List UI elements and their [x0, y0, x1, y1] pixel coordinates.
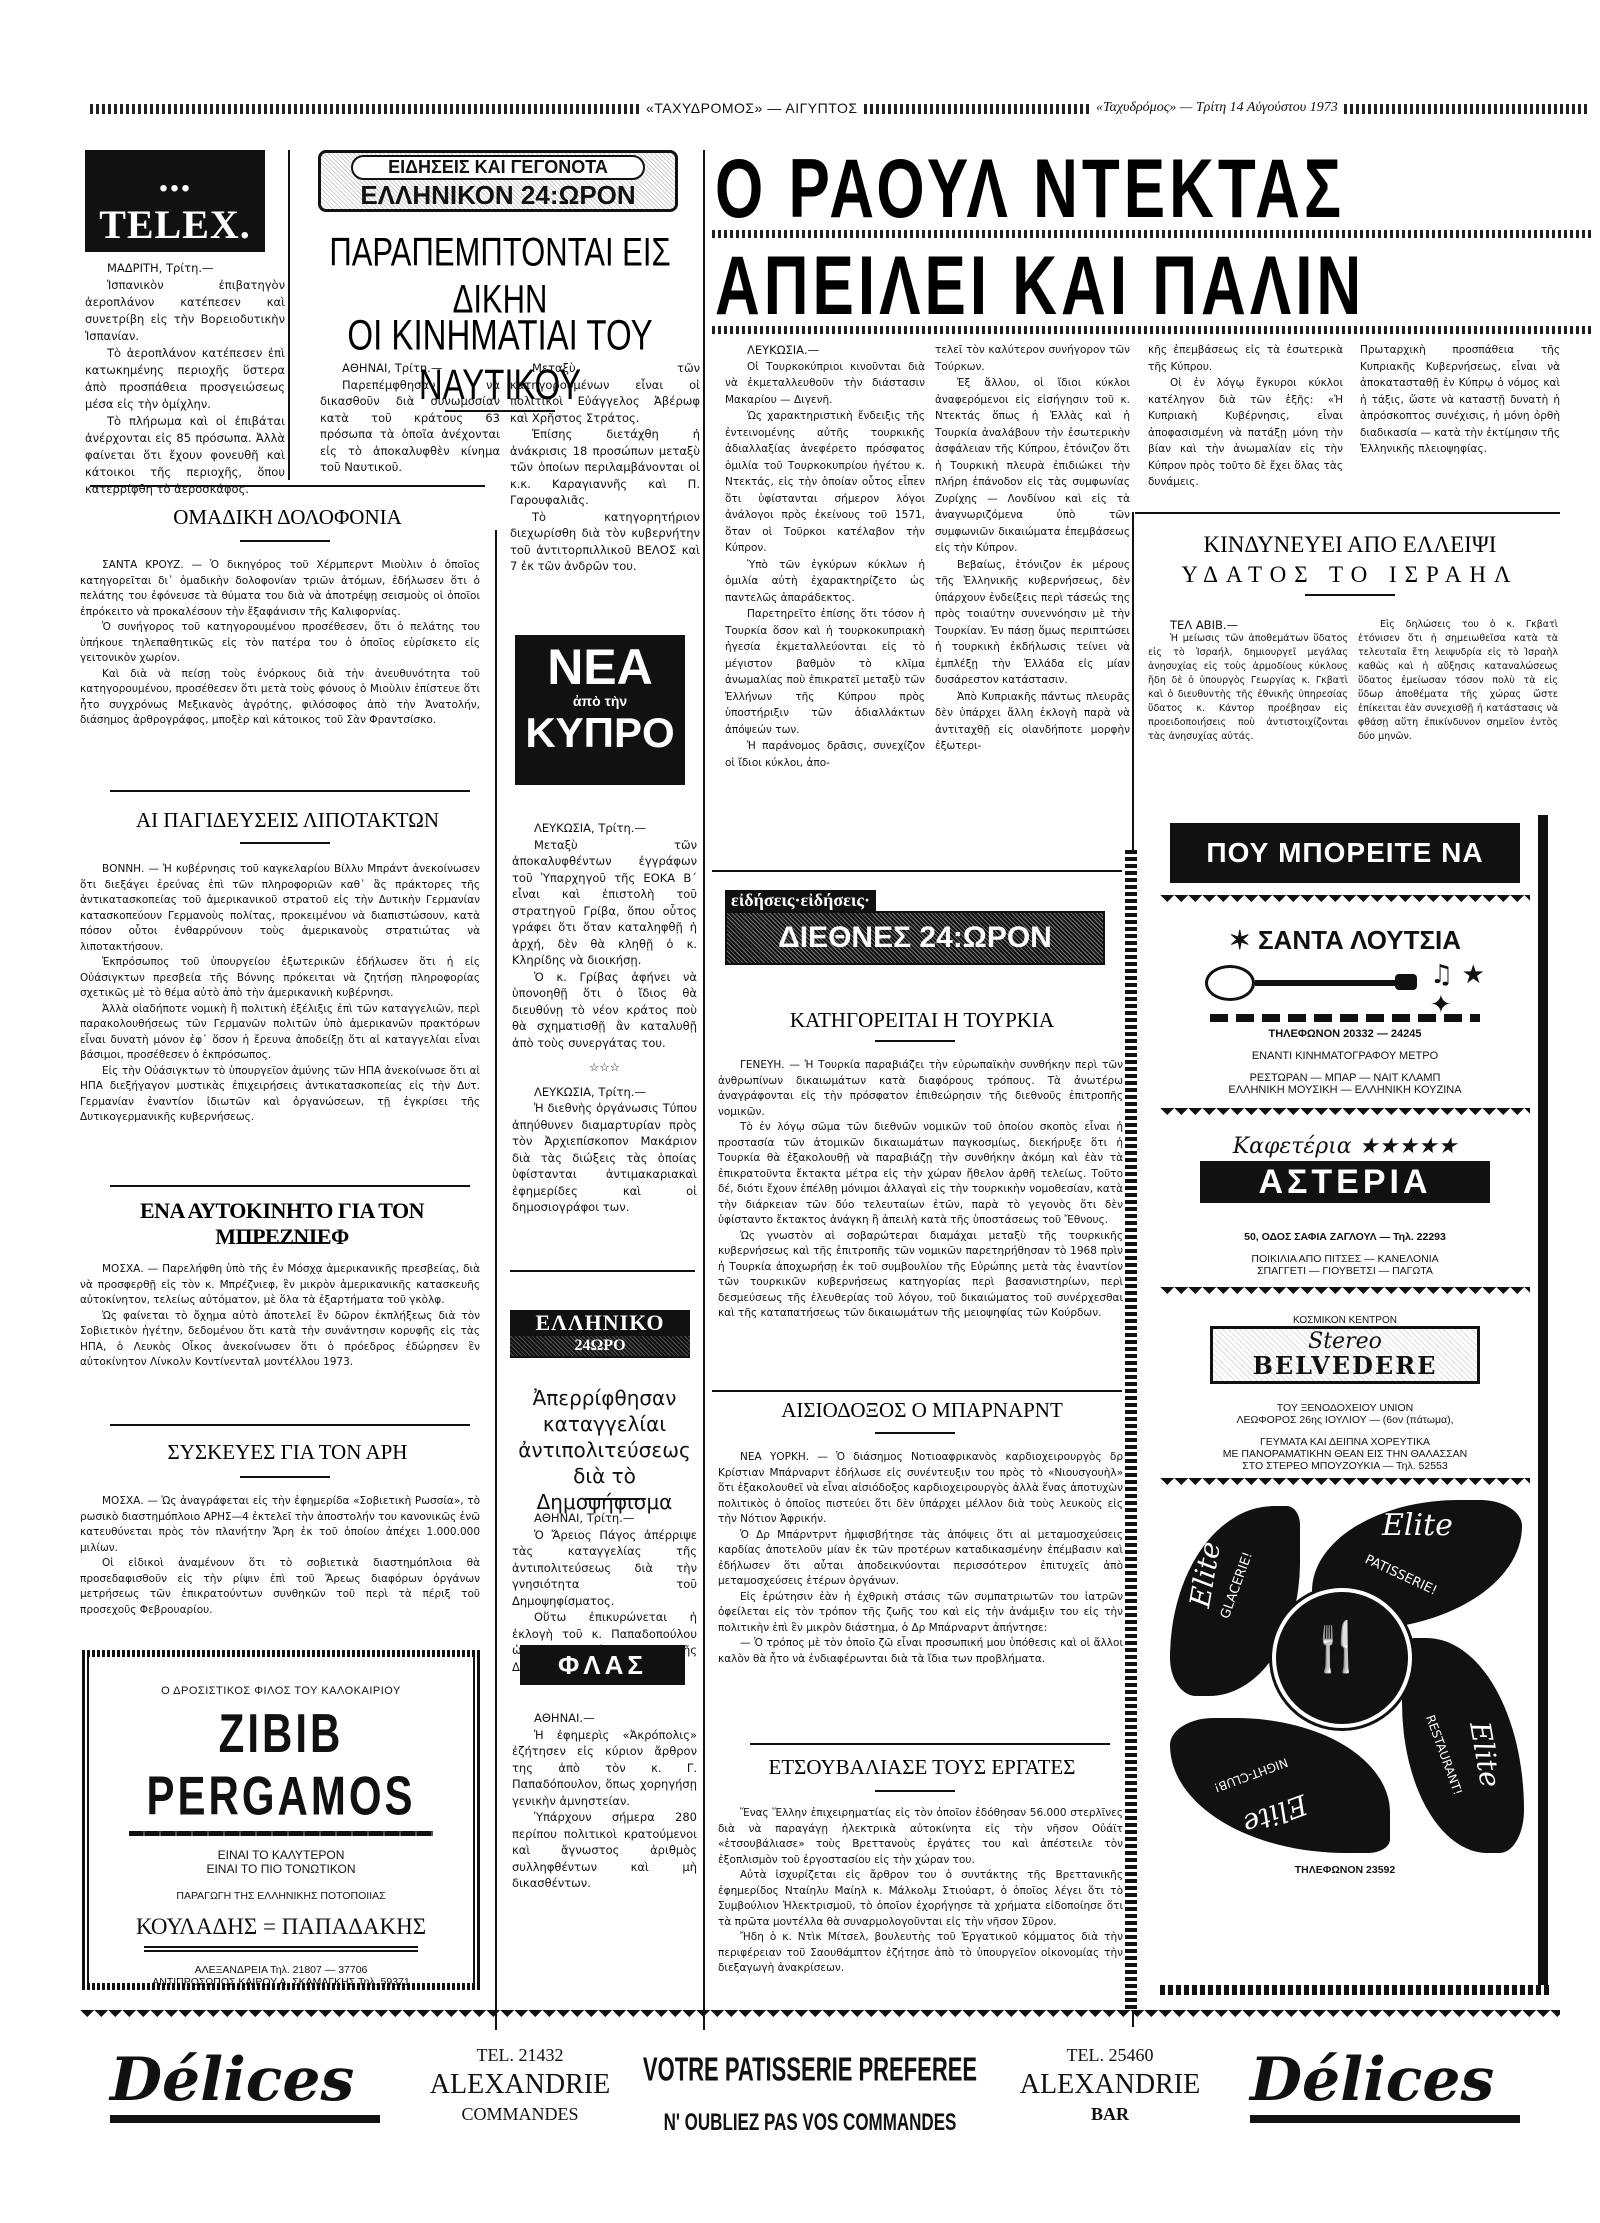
paragraph: Ἕνας Ἕλλην ἐπιχειρηματίας εἰς τὸν ὁποῖον…	[718, 1806, 1123, 1868]
paragraph: Ἡ παράνομος δρᾶσις, συνεχίζον οἱ ἴδιοι κ…	[725, 738, 925, 771]
paragraph: Ἐπίσης διετάχθη ἡ ἀνάκρισις 18 προσώπων …	[510, 426, 700, 509]
paragraph: Ὡς φαίνεται τὸ ὄχημα αὐτὸ ἀποτελεῖ ἓν δῶ…	[80, 1309, 480, 1371]
paragraph: Μεταξὺ τῶν κατηγορουμένων εἶναι οἱ πολιτ…	[510, 360, 700, 426]
section-rule	[712, 870, 1122, 872]
santa-lucia-line2: ΕΛΛΗΝΙΚΗ ΜΟΥΣΙΚΗ — ΕΛΛΗΝΙΚΗ ΚΟΥΖΙΝΑ	[1160, 1084, 1530, 1096]
israel-col2: Εἰς δηλώσεις του ὁ κ. Γκβατὶ ἐτόνισεν ὅτ…	[1358, 618, 1558, 744]
paragraph: Τὸ κατηγορητήριον διεχωρίσθη διὰ τὸν κυβ…	[510, 509, 700, 575]
deserters-headline: ΑΙ ΠΑΓΙΔΕΥΣΕΙΣ ΛΙΠΟΤΑΚΤΩΝ	[90, 808, 485, 833]
paragraph: Παρετηρεῖτο ἐπίσης ὅτι τόσον ἡ Τουρκία ὅ…	[725, 606, 925, 738]
paragraph: Καὶ διὰ νὰ πείσῃ τοὺς ἐνόρκους διὰ τὴν ἀ…	[80, 667, 480, 729]
asteria-logo: ΑΣΤΕΡΙΑ	[1200, 1161, 1490, 1203]
belvedere-line1: ΤΟΥ ΞΕΝΟΔΟΧΕΙΟΥ UNION	[1160, 1402, 1530, 1414]
paragraph: ΜΟΣΧΑ. — Παρελήφθη ὑπὸ τῆς ἐν Μόσχᾳ ἀμερ…	[80, 1262, 480, 1309]
paragraph: Ὁ κ. Γρίβας ἀφήνει νὰ ὑπονοηθῇ ὅτι ὁ ἴδι…	[512, 969, 697, 1052]
dateline: ΑΘΗΝΑΙ, Τρίτη.—	[512, 1510, 697, 1527]
suitcase-body: Ἕνας Ἕλλην ἐπιχειρηματίας εἰς τὸν ὁποῖον…	[718, 1806, 1123, 1977]
zigzag-divider	[1160, 1108, 1530, 1122]
paragraph: Τὸ ἐν λόγῳ σῶμα τῶν διεθνῶν νομικῶν τοῦ …	[718, 1120, 1123, 1229]
music-notes-icon: ♫ ★ ✦	[1430, 960, 1490, 1020]
paragraph: Ἀλλὰ οἱαδήποτε νομικὴ ἢ πολιτικὴ ἐξέλιξι…	[80, 1002, 480, 1064]
paragraph: Οἱ ἐν λόγῳ ἔγκυροι κύκλοι κατέληγον διὰ …	[1148, 375, 1343, 491]
belvedere-line2: ΛΕΩΦΟΡΟΣ 26ης ΙΟΥΛΙΟΥ — (6ον (πάτωμα),	[1160, 1414, 1530, 1426]
paragraph: Εἰς ἐρώτησιν ἐὰν ἡ ἐχθρικὴ στάσις τῶν συ…	[718, 1590, 1123, 1637]
telex-paragraph: Ἱσπανικὸν ἐπιβατηγὸν ἀεροπλάνον κατέπεσε…	[85, 277, 285, 345]
headline-underline	[1305, 594, 1395, 596]
dateline: ΛΕΥΚΩΣΙΑ, Τρίτη.—	[512, 1084, 697, 1101]
zibib-brand: ZIBIB PERGAMOS	[89, 1703, 473, 1828]
paragraph: Ὑπάρχουν σήμερα 280 περίπου πολιτικοὶ κρ…	[512, 1809, 697, 1892]
elite-brand: Elite	[1382, 1508, 1453, 1543]
barnard-body: ΝΕΑ ΥΟΡΚΗ. — Ὁ διάσημος Νοτιοαφρικανὸς κ…	[718, 1450, 1123, 1667]
section-rule	[750, 1743, 1110, 1745]
paragraph: Ἡ μείωσις τῶν ἀποθεμάτων ὕδατος εἰς τὸ Ἰ…	[1148, 632, 1348, 744]
santa-lucia-title: ΣΑΝΤΑ ΛΟΥΤΣΙΑ	[1258, 925, 1461, 955]
zigzag-divider	[1160, 1287, 1530, 1301]
paragraph: Ἐκπρόσωπος τοῦ ὑπουργείου ἐξωτερικῶν ἐδή…	[80, 955, 480, 1002]
mass-murder-headline: ΟΜΑΔΙΚΗ ΔΟΛΟΦΟΝΙΑ	[90, 505, 485, 530]
headline-line: ΚΙΝΔΥΝΕΥΕΙ ΑΠΟ ΕΛΛΕΙΨΙ	[1140, 532, 1560, 558]
section-rule	[110, 790, 470, 792]
zibib-advertisement: Ο ΔΡΟΣΙΣΤΙΚΟΣ ΦΙΛΟΣ ΤΟΥ ΚΑΛΟΚΑΙΡΙΟΥ ZIBI…	[82, 1650, 480, 1990]
elite-petal-bl	[1170, 1718, 1390, 1853]
headline-underline	[240, 1476, 330, 1478]
ad-column-border	[1538, 815, 1548, 1985]
paragraph: κῆς ἐπεμβάσεως εἰς τὰ ἐσωτερικὰ τῆς Κύπρ…	[1148, 342, 1343, 375]
section-rule	[1135, 512, 1560, 514]
asteria-address: 50, ΟΔΟΣ ΣΑΦΙΑ ΖΑΓΛΟΥΛ — Τηλ. 22293	[1160, 1231, 1530, 1243]
paragraph: ΓΕΝΕΥΗ. — Ἡ Τουρκία παραβιάζει τὴν εὐρωπ…	[718, 1058, 1123, 1120]
banner-nea: ΝΕΑ	[515, 641, 685, 693]
belvedere-logo: Stereo BELVEDERE	[1210, 1326, 1480, 1384]
section-rule	[90, 485, 485, 487]
delices-reminder: N' OUBLIEZ PAS VOS COMMANDES	[640, 2109, 980, 2137]
delices-right-sub: BAR	[1010, 2104, 1210, 2125]
headline-underline	[875, 1790, 955, 1792]
mars-body: ΜΟΣΧΑ. — Ὡς ἀναγράφεται εἰς τὴν ἐφημερίδ…	[80, 1494, 480, 1618]
lead-col4: Πρωταρχικὴ προσπάθεια τῆς Κυπριακῆς Κυβε…	[1360, 342, 1560, 458]
suitcase-headline: ΕΤΣΟΥΒΑΛΙΑΣΕ ΤΟΥΣ ΕΡΓΑΤΕΣ	[712, 1755, 1132, 1780]
asteria-line1: ΠΟΙΚΙΛΙΑ ΑΠΟ ΠΙΤΣΕΣ — ΚΑΝΕΛΟΝΙΑ	[1160, 1253, 1530, 1265]
dateline: ΑΘΗΝΑΙ.—	[512, 1710, 697, 1727]
cyprus-news-body: ΛΕΥΚΩΣΙΑ, Τρίτη.— Μεταξὺ τῶν ἀποκαλυφθέν…	[512, 820, 697, 1216]
zibib-line1: ΕΙΝΑΙ ΤΟ ΚΑΛΥΤΕΡΟΝ	[89, 1848, 473, 1862]
masthead-title: «ΤΑΧΥΔΡΟΜΟΣ» — ΑΙΓΥΠΤΟΣ	[640, 100, 864, 116]
banner-main: ΔΙΕΘΝΕΣ 24:ΩΡΟΝ	[725, 911, 1105, 965]
where-to-go-banner: ΠΟΥ ΜΠΟΡΕΙΤΕ ΝΑ ΠΑΤΕ	[1170, 823, 1520, 883]
section-rule	[110, 1424, 470, 1426]
delices-left-city: ALEXANDRIE	[420, 2066, 620, 2104]
greek-key-border	[1125, 850, 1137, 2010]
dateline: ΛΕΥΚΩΣΙΑ.—	[725, 342, 925, 359]
belvedere-script: Stereo	[1213, 1331, 1477, 1353]
belvedere-name: BELVEDERE	[1213, 1353, 1477, 1379]
mars-headline: ΣΥΣΚΕΥΕΣ ΓΙΑ ΤΟΝ ΑΡΗ	[90, 1440, 485, 1465]
zibib-contact1: ΑΛΕΞΑΝΔΡΕΙΑ Τηλ. 21807 — 37706	[89, 1964, 473, 1976]
delices-left-sub: COMMANDES	[420, 2104, 620, 2125]
flash-body: ΑΘΗΝΑΙ.— Ἡ ἐφημερὶς «Ἀκρόπολις» ἐζήτησεν…	[512, 1710, 697, 1892]
masthead-date: «Ταχυδρόμος» — Τρίτη 14 Αὐγούστου 1973	[1090, 100, 1344, 116]
paragraph: Μεταξὺ τῶν ἀποκαλυφθέντων ἐγγράφων τοῦ Ὑ…	[512, 837, 697, 969]
section-rule	[510, 1270, 695, 1272]
barnard-headline: ΑΙΣΙΟΔΟΞΟΣ Ο ΜΠΑΡΝΑΡΝΤ	[712, 1398, 1132, 1423]
lead-col2: τελεῖ τὸν καλύτερον συνήγορον τῶν Τούρκω…	[935, 342, 1130, 755]
deserters-body: ΒΟΝΝΗ. — Ἡ κυβέρνησις τοῦ καγκελαρίου Βί…	[80, 862, 480, 1126]
flash-banner: ΦΛΑΣ	[520, 1645, 685, 1685]
paragraph: Ὑπὸ τῶν ἐγκύρων κύκλων ἡ ὁμιλία αὐτὴ ἐχα…	[725, 557, 925, 607]
telex-section: ... TELEX. ΜΑΔΡΙΤΗ, Τρίτη.— Ἱσπανικὸν ἐπ…	[85, 150, 285, 498]
banner-top: ΕΛΛΗΝΙΚΟ	[510, 1310, 690, 1336]
paragraph: — Ὁ τρόπος μὲ τὸν ὁποῖο ζῶ εἶναι προσωπι…	[718, 1636, 1123, 1667]
paragraph: Ἡ ἐφημερὶς «Ἀκρόπολις» ἐζήτησεν εἰς κύρι…	[512, 1727, 697, 1810]
headline-rule	[712, 326, 1592, 334]
paragraph: Ὡς γνωστὸν αἱ σοβαρώτεραι διαμάχαι μεταξ…	[718, 1229, 1123, 1322]
where-to-go-ads: ΠΟΥ ΜΠΟΡΕΙΤΕ ΝΑ ΠΑΤΕ ✶ ΣΑΝΤΑ ΛΟΥΤΣΙΑ ♫ ★…	[1160, 815, 1530, 2015]
greek-key-border	[1160, 1985, 1550, 1995]
paragraph: Βεβαίως, ἐτόνιζον ἐκ μέρους τῆς Ἑλληνικῆ…	[935, 557, 1130, 689]
section-rule	[110, 1185, 470, 1187]
paragraph: Ὁ Δρ Μπάρντρντ ἠμφισβήτησε τὰς ἀπόψεις ὅ…	[718, 1528, 1123, 1590]
dateline: ΛΕΥΚΩΣΙΑ, Τρίτη.—	[512, 820, 697, 837]
naval-trial-col2: Μεταξὺ τῶν κατηγορουμένων εἶναι οἱ πολιτ…	[510, 360, 700, 575]
paragraph: Πρωταρχικὴ προσπάθεια τῆς Κυπριακῆς Κυβε…	[1360, 342, 1560, 458]
column-divider	[495, 530, 497, 2030]
naval-trial-col1: ΑΘΗΝΑΙ, Τρίτη.— Παρεπέμφθησαν νὰ δικασθο…	[320, 360, 500, 476]
belvedere-line3: ΓΕΥΜΑΤΑ ΚΑΙ ΔΕΙΠΝΑ ΧΟΡΕΥΤΙΚΑ	[1160, 1436, 1530, 1448]
telex-label: ... TELEX.	[85, 150, 265, 252]
dateline: ΤΕΛ ΑΒΙΒ.—	[1148, 618, 1348, 632]
zibib-producer: ΠΑΡΑΓΩΓΗ ΤΗΣ ΕΛΛΗΝΙΚΗΣ ΠΟΤΟΠΟΙΙΑΣ	[89, 1890, 473, 1902]
headline-rule	[712, 230, 1592, 238]
cyprus-news-banner: ΝΕΑ ἀπὸ τὴν ΚΥΠΡΟ	[515, 635, 685, 785]
belvedere-line5: ΣΤΟ ΣΤΕΡΕΟ ΜΠΟΥΖΟΥΚΙΑ — Τηλ. 52553	[1160, 1460, 1530, 1472]
delices-right-city: ALEXANDRIE	[1010, 2066, 1210, 2104]
paragraph: Ἤδη ὁ κ. Ντὶκ Μίτσελ, βουλευτὴς τοῦ Ἐργα…	[718, 1930, 1123, 1977]
paragraph: Παρεπέμφθησαν νὰ δικασθοῦν διὰ συνωμοσία…	[320, 377, 500, 476]
belvedere-top: ΚΟΣΜΙΚΟΝ ΚΕΝΤΡΟΝ	[1160, 1315, 1530, 1326]
paragraph: Οἱ Τουρκοκύπριοι κινοῦνται διὰ νὰ ἐκμετα…	[725, 359, 925, 409]
paragraph: Ὁ Ἄρειος Πάγος ἀπέρριψε τὰς καταγγελίας …	[512, 1527, 697, 1610]
banner-bottom: 24ΩΡΟ	[510, 1336, 690, 1356]
zibib-line2: ΕΙΝΑΙ ΤΟ ΠΙΟ ΤΟΝΩΤΙΚΟΝ	[89, 1862, 473, 1876]
zigzag-divider	[80, 2010, 1560, 2024]
headline-line: ΥΔΑΤΟΣ ΤΟ ΙΣΡΑΗΛ	[1140, 562, 1560, 588]
zibib-double-rule	[144, 1946, 418, 1952]
delices-slogan: VOTRE PATISSERIE PREFEREE	[640, 2051, 980, 2090]
zibib-tagline: Ο ΔΡΟΣΙΣΤΙΚΟΣ ΦΙΛΟΣ ΤΟΥ ΚΑΛΟΚΑΙΡΙΟΥ	[89, 1685, 473, 1697]
israel-col1: ΤΕΛ ΑΒΙΒ.— Ἡ μείωσις τῶν ἀποθεμάτων ὕδατ…	[1148, 618, 1348, 744]
dateline: ΑΘΗΝΑΙ, Τρίτη.—	[320, 360, 500, 377]
delices-right-tel: TEL. 25460	[1010, 2045, 1210, 2066]
lead-col3: κῆς ἐπεμβάσεως εἰς τὰ ἐσωτερικὰ τῆς Κύπρ…	[1148, 342, 1343, 491]
delices-logo-right: Délices	[1250, 2045, 1520, 2123]
paragraph: Ἡ διεθνὴς ὀργάνωσις Τύπου ἀπηύθυνεν διαμ…	[512, 1100, 697, 1216]
banner-top: εἰδήσεις·εἰδήσεις·	[725, 890, 876, 911]
lead-col1: ΛΕΥΚΩΣΙΑ.— Οἱ Τουρκοκύπριοι κινοῦνται δι…	[725, 342, 925, 771]
column-divider	[703, 150, 705, 2030]
banner-line1: ΕΙΔΗΣΕΙΣ ΚΑΙ ΓΕΓΟΝΟΤΑ	[351, 155, 645, 180]
zigzag-divider	[1160, 1478, 1530, 1492]
zibib-underline	[129, 1831, 433, 1836]
turkey-body: ΓΕΝΕΥΗ. — Ἡ Τουρκία παραβιάζει τὴν εὐρωπ…	[718, 1058, 1123, 1322]
separator-stars: ☆☆☆	[512, 1059, 697, 1076]
bouzouki-icon: ♫ ★ ✦	[1200, 960, 1490, 1010]
paragraph: Οἱ εἰδικοὶ ἀναμένουν ὅτι τὸ σοβιετικὰ δι…	[80, 1556, 480, 1618]
santa-lucia-line1: ΡΕΣΤΩΡΑΝ — ΜΠΑΡ — ΝΑΙΤ ΚΛΑΜΠ	[1160, 1072, 1530, 1084]
paragraph: Ὡς χαρακτηριστικὴ ἔνδειξις τῆς ἐντεινομέ…	[725, 408, 925, 557]
zibib-company: ΚΟΥΛΑΔΗΣ = ΠΑΠΑΔΑΚΗΣ	[89, 1914, 473, 1940]
paragraph: Ὁ συνήγορος τοῦ κατηγορουμένου προσέθεσε…	[80, 620, 480, 667]
santa-lucia-phone: ΤΗΛΕΦΩΝΟΝ 20332 — 24245	[1160, 1028, 1530, 1040]
paragraph: Αὐτὰ ἰσχυρίζεται εἰς ἄρθρον του ὁ συντάκ…	[718, 1868, 1123, 1930]
turkey-headline: ΚΑΤΗΓΟΡΕΙΤΑΙ Η ΤΟΥΡΚΙΑ	[712, 1008, 1132, 1033]
santa-lucia-name: ✶ ΣΑΝΤΑ ΛΟΥΤΣΙΑ	[1160, 925, 1530, 956]
delices-advertisement: Délices TEL. 21432 ALEXANDRIE COMMANDES …	[110, 2035, 1530, 2165]
paragraph: Ἐξ ἄλλου, οἱ ἴδιοι κύκλοι ἀναφερόμενοι ε…	[935, 375, 1130, 557]
belvedere-line4: ΜΕ ΠΑΝΟΡΑΜΑΤΙΚΗΝ ΘΕΑΝ ΕΙΣ ΤΗΝ ΘΑΛΑΣΣΑΝ	[1160, 1448, 1530, 1460]
delices-left-tel: TEL. 21432	[420, 2045, 620, 2066]
asteria-script: Καφετέρια ★★★★★	[1160, 1134, 1530, 1159]
banner-apo: ἀπὸ τὴν	[515, 693, 685, 709]
headline-underline	[875, 1432, 955, 1434]
asteria-line2: ΣΠΑΓΓΕΤΙ — ΓΙΟΥΒΕΤΣΙ — ΠΑΓΩΤΑ	[1160, 1265, 1530, 1277]
telex-dateline: ΜΑΔΡΙΤΗ, Τρίτη.—	[85, 260, 285, 277]
greek-news-banner: ΕΙΔΗΣΕΙΣ ΚΑΙ ΓΕΓΟΝΟΤΑ ΕΛΛΗΝΙΚΟΝ 24:ΩΡΟΝ	[318, 150, 678, 212]
paragraph: τελεῖ τὸν καλύτερον συνήγορον τῶν Τούρκω…	[935, 342, 1130, 375]
greek-24-headline: Ἀπερρίφθησαν καταγγελίαι ἀντιπολιτεύσεως…	[512, 1385, 697, 1515]
santa-lucia-location: ΕΝΑΝΤΙ ΚΙΝΗΜΑΤΟΓΡΑΦΟΥ ΜΕΤΡΟ	[1160, 1050, 1530, 1062]
headline-underline	[240, 1242, 330, 1244]
greek-24-banner: ΕΛΛΗΝΙΚΟ 24ΩΡΟ	[510, 1310, 690, 1358]
headline-underline	[240, 540, 330, 542]
paragraph: ΣΑΝΤΑ ΚΡΟΥΖ. — Ὁ δικηγόρος τοῦ Χέρμπερντ…	[80, 558, 480, 620]
delices-logo-left: Délices	[110, 2045, 380, 2123]
lead-headline-1: Ο ΡΑΟΥΛ ΝΤΕΚΤΑΣ	[715, 148, 1345, 232]
elite-phone: ΤΗΛΕΦΩΝΟΝ 23592	[1160, 1864, 1530, 1876]
elite-petal-br	[1402, 1638, 1524, 1853]
international-news-banner: εἰδήσεις·εἰδήσεις· ΔΙΕΘΝΕΣ 24:ΩΡΟΝ	[725, 890, 1105, 970]
section-rule	[712, 1390, 1122, 1392]
paragraph: ΜΟΣΧΑ. — Ὡς ἀναγράφεται εἰς τὴν ἐφημερίδ…	[80, 1494, 480, 1556]
star-icon: ✶	[1229, 925, 1258, 955]
lead-headline-2: ΑΠΕΙΛΕΙ ΚΑΙ ΠΑΛΙΝ	[715, 245, 1365, 329]
paragraph: Εἰς τὴν Οὐάσιγκτων τὸ ὑπουργεῖον ἀμύνης …	[80, 1064, 480, 1126]
elite-logo: 🍴 Elite GLACERIE! Elite PATISSERIE! Elit…	[1162, 1498, 1530, 1858]
brezhnev-body: ΜΟΣΧΑ. — Παρελήφθη ὑπὸ τῆς ἐν Μόσχᾳ ἀμερ…	[80, 1262, 480, 1371]
banner-line2: ΕΛΛΗΝΙΚΟΝ 24:ΩΡΟΝ	[321, 180, 675, 210]
israel-headline: ΚΙΝΔΥΝΕΥΕΙ ΑΠΟ ΕΛΛΕΙΨΙ ΥΔΑΤΟΣ ΤΟ ΙΣΡΑΗΛ	[1140, 532, 1560, 606]
headline-underline	[240, 842, 330, 844]
headline-underline	[585, 1498, 640, 1500]
paragraph: ΝΕΑ ΥΟΡΚΗ. — Ὁ διάσημος Νοτιοαφρικανὸς κ…	[718, 1450, 1123, 1528]
telex-paragraph: Τὸ ἀεροπλάνον κατέπεσεν ἐπὶ κατωκημένης …	[85, 345, 285, 413]
paragraph: ΒΟΝΝΗ. — Ἡ κυβέρνησις τοῦ καγκελαρίου Βί…	[80, 862, 480, 955]
paragraph: Εἰς δηλώσεις του ὁ κ. Γκβατὶ ἐτόνισεν ὅτ…	[1358, 618, 1558, 744]
headline-line: ΠΑΡΑΠΕΜΠΤΟΝΤΑΙ ΕΙΣ ΔΙΚΗΝ	[290, 229, 710, 323]
banner-kypro: ΚΥΠΡΟ	[515, 709, 685, 757]
zibib-contact2: ΑΝΤΙΠΡΟΣΩΠΟΣ ΚΑΙΡΟΥ Α. ΣΚΑΜΑΓΚΗΣ Τηλ. 59…	[89, 1976, 473, 1988]
mass-murder-body: ΣΑΝΤΑ ΚΡΟΥΖ. — Ὁ δικηγόρος τοῦ Χέρμπερντ…	[80, 558, 480, 729]
paragraph: Ἀπὸ Κυπριακῆς πάντως πλευρᾶς δὲν ὑπάρχει…	[935, 689, 1130, 755]
fork-glass-icon: 🍴	[1307, 1618, 1367, 1675]
headline-underline	[875, 1040, 955, 1042]
